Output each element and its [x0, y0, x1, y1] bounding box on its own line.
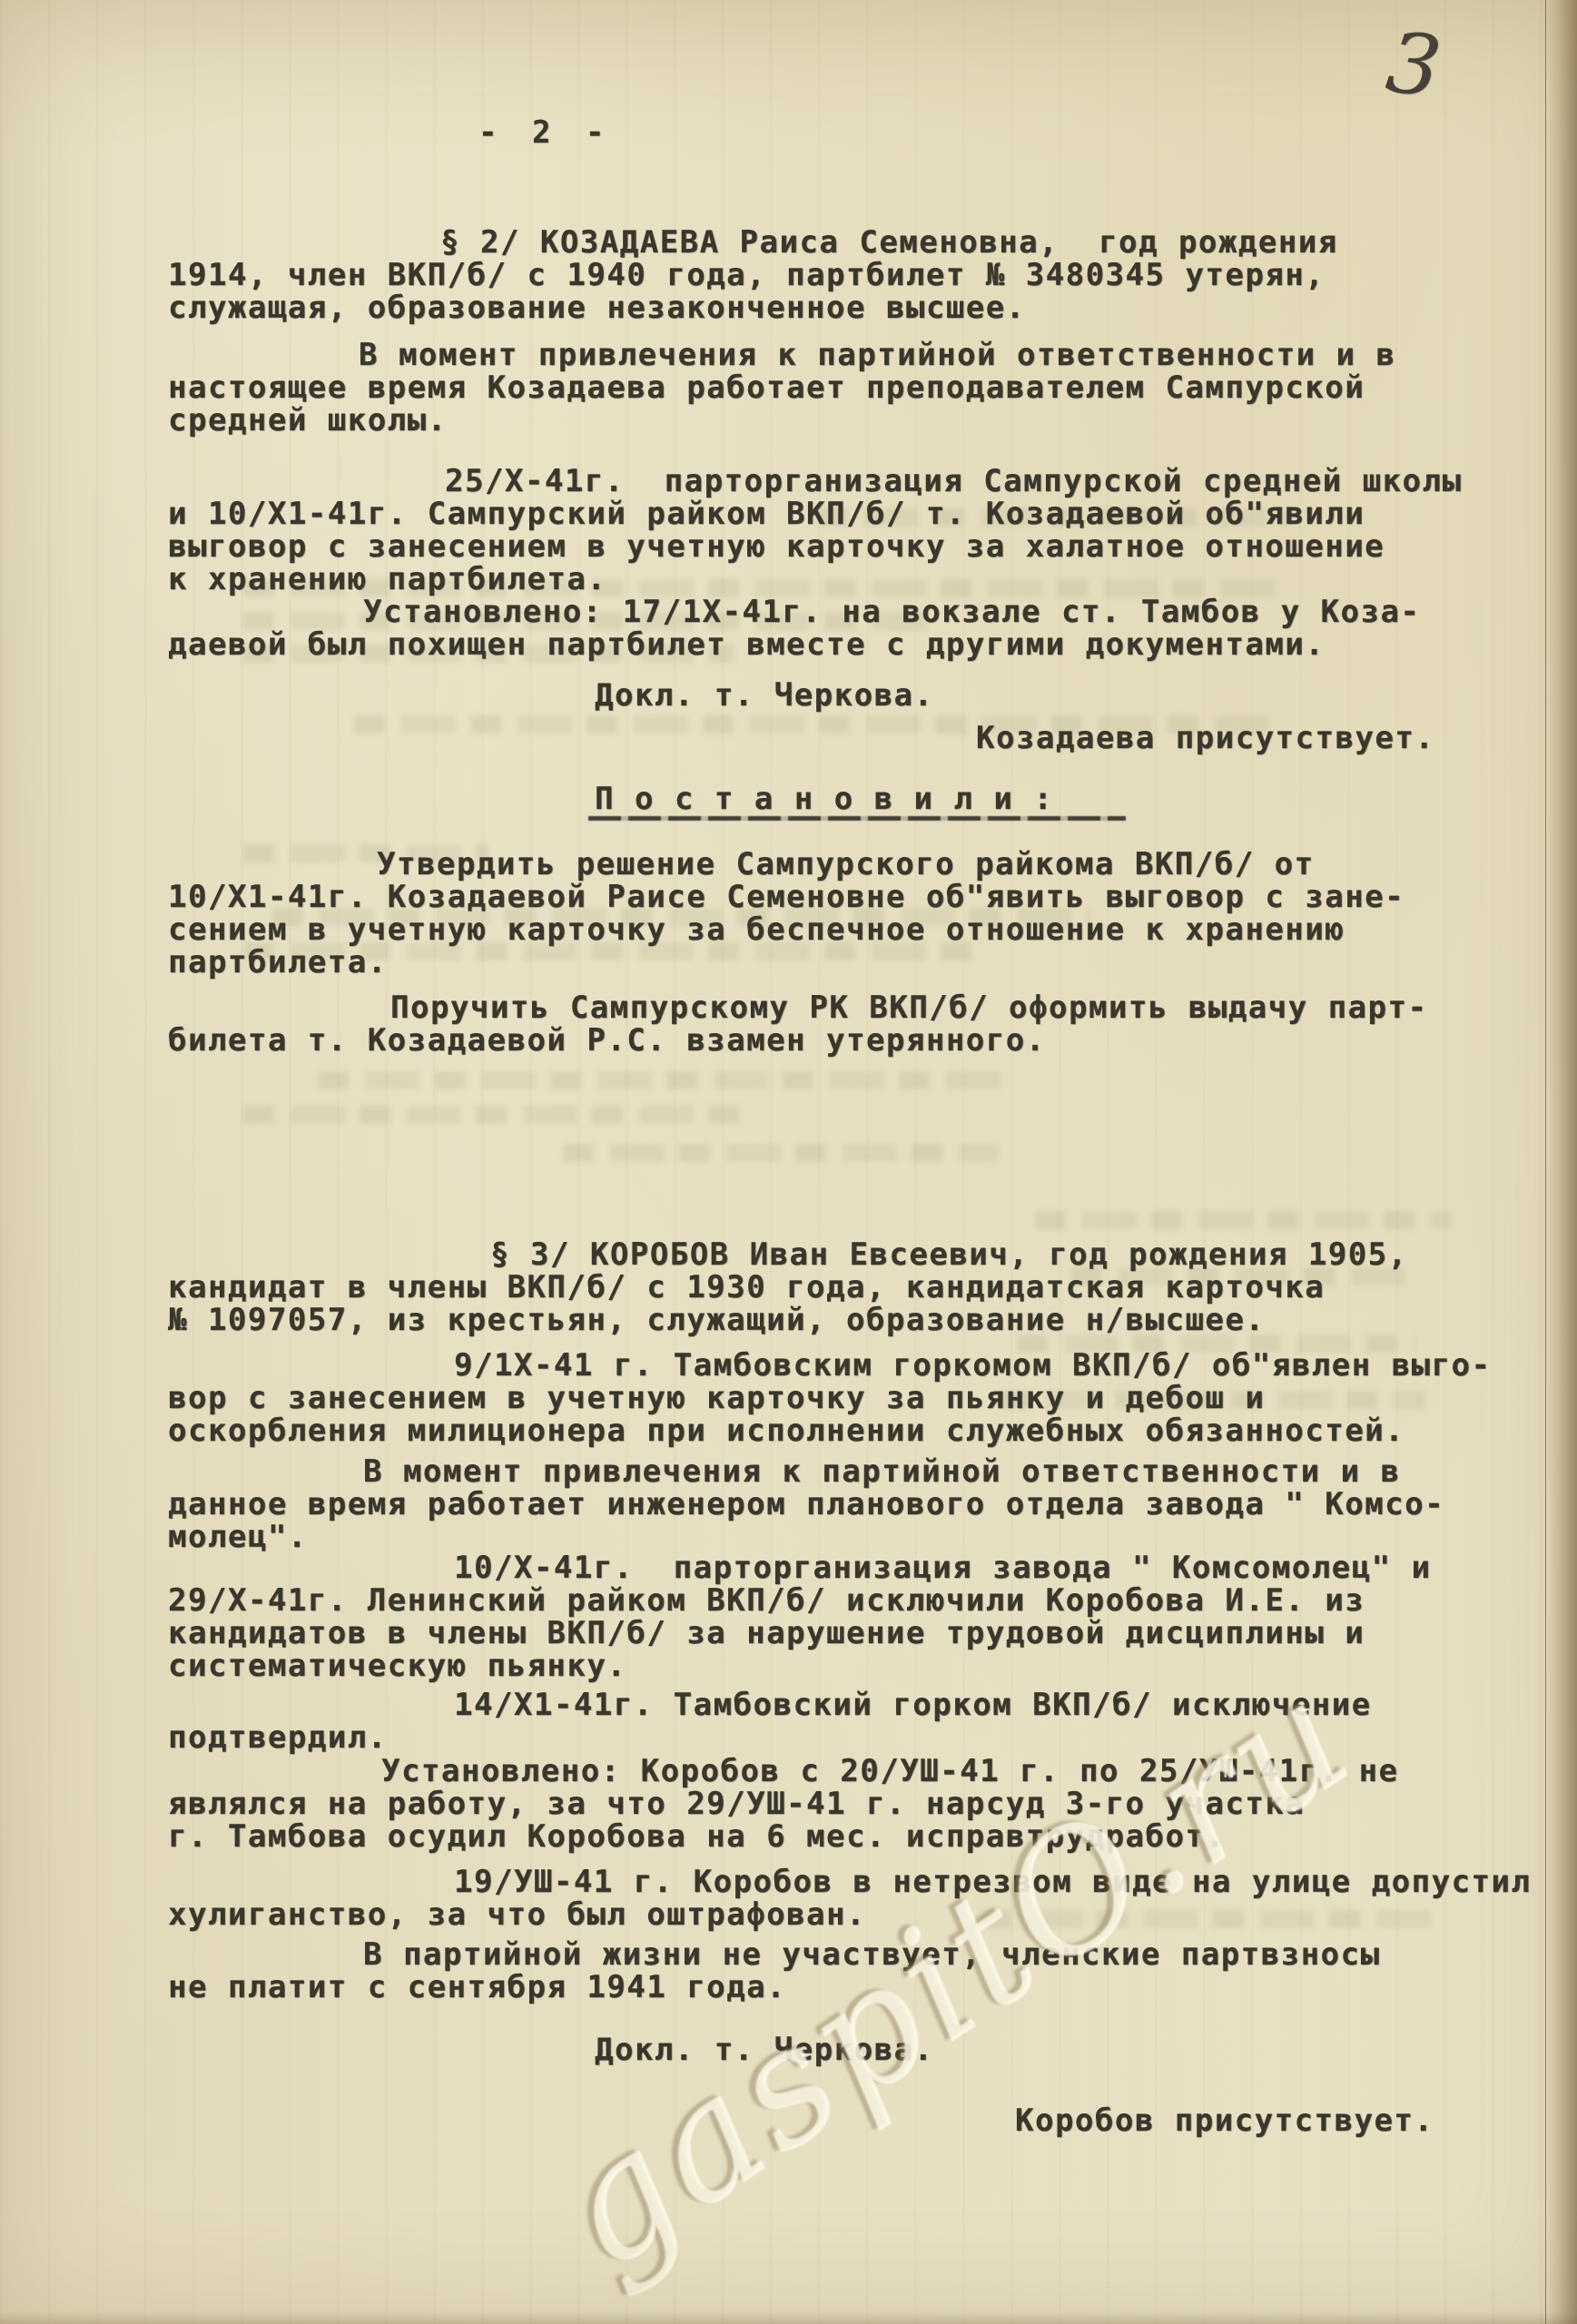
attendance-line: Коробов присутствует. [1015, 2104, 1434, 2137]
page-edge-shadow [1545, 0, 1577, 2324]
typed-line: и 10/X1-41г. Сампурский райком ВКП/б/ т.… [168, 497, 1365, 530]
typed-line: хулиганство, за что был оштрафован. [168, 1898, 866, 1931]
typed-line: подтвердил. [168, 1721, 388, 1754]
typed-line: даевой был похищен партбилет вместе с др… [168, 628, 1325, 661]
scanned-document-page: - 2 - 3 § 2/ КОЗАДАЕВА Раиса Семеновна, … [0, 0, 1577, 2324]
typed-line: вор с занесением в учетную карточку за п… [168, 1382, 1265, 1414]
speaker-line: Докл. т. Черкова. [595, 679, 934, 712]
typed-line: не платит с сентября 1941 года. [168, 1971, 786, 2004]
typed-line: 10/X-41г. парторганизация завода " Комсо… [454, 1551, 1432, 1584]
typed-line: партбилета. [168, 946, 388, 979]
typed-line: настоящее время Козадаева работает препо… [168, 371, 1365, 404]
typed-line: § 2/ КОЗАДАЕВА Раиса Семеновна, год рожд… [440, 226, 1338, 259]
typed-line: В момент привлечения к партийной ответст… [363, 1455, 1400, 1488]
typed-line: молец". [168, 1521, 308, 1553]
typed-line: Поручить Сампурскому РК ВКП/б/ оформить … [390, 991, 1427, 1024]
typed-line: 9/1X-41 г. Тамбовским горкомом ВКП/б/ об… [454, 1349, 1491, 1382]
typed-line: данное время работает инженером плановог… [168, 1488, 1444, 1521]
typed-line: 25/X-41г. парторганизация Сампурской сре… [445, 465, 1462, 497]
bleed-through-smudge [563, 1144, 999, 1162]
typed-line: систематическую пьянку. [168, 1649, 626, 1682]
typed-line: сением в учетную карточку за беспечное о… [168, 913, 1345, 946]
typed-line: билета т. Козадаевой Р.С. взамен утерянн… [168, 1024, 1046, 1057]
bleed-through-smudge [243, 1106, 752, 1124]
typed-line: кандидат в члены ВКП/б/ с 1930 года, кан… [168, 1271, 1325, 1304]
typed-line: выговор с занесением в учетную карточку … [168, 530, 1385, 563]
typed-line: 10/X1-41г. Козадаевой Раисе Семеновне об… [168, 881, 1405, 913]
typed-line: к хранению партбилета. [168, 563, 606, 596]
bleed-through-smudge [1035, 1211, 1453, 1229]
typed-line: служащая, образование незаконченное высш… [168, 291, 1026, 324]
typed-line: средней школы. [168, 404, 448, 437]
typed-line: № 1097057, из крестьян, служащий, образо… [168, 1304, 1265, 1336]
typed-line: 1914, член ВКП/б/ с 1940 года, партбилет… [168, 259, 1325, 291]
page-number: - 2 - [478, 116, 612, 149]
typed-line: § 3/ КОРОБОВ Иван Евсеевич, год рождения… [490, 1238, 1408, 1271]
typed-line: Установлено: 17/1X-41г. на вокзале ст. Т… [363, 596, 1420, 628]
handwritten-folio-number: 3 [1382, 14, 1446, 116]
typed-line: Утвердить решение Сампурского райкома ВК… [377, 848, 1315, 881]
resolved-heading: П о с т а н о в и л и : [595, 783, 1053, 815]
typed-line: В момент привлечения к партийной ответст… [359, 339, 1395, 371]
page-bottom-shadow [0, 2311, 1577, 2324]
typed-line: кандидатов в члены ВКП/б/ за нарушение т… [168, 1617, 1365, 1649]
bleed-through-smudge [318, 1071, 1008, 1089]
typed-line: оскорбления милиционера при исполнении с… [168, 1414, 1405, 1447]
typed-line: 29/X-41г. Ленинский райком ВКП/б/ исключ… [168, 1584, 1365, 1617]
resolved-heading-underline [588, 816, 1126, 821]
attendance-line: Козадаева присутствует. [976, 722, 1434, 754]
